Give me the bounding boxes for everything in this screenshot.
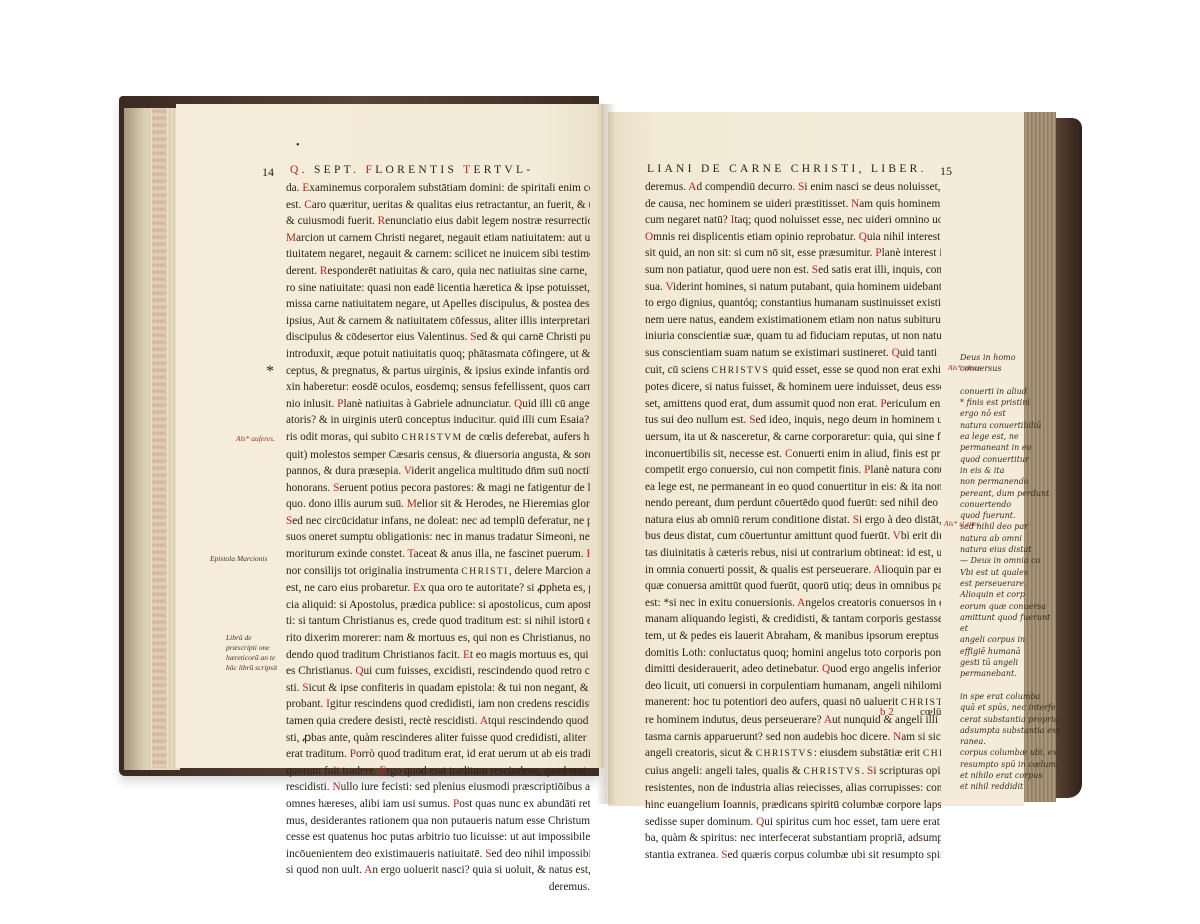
handwritten-line: eorum quæ conuersa xyxy=(960,601,1060,612)
text-line: sti, ꝓbas ante, quàm rescinderes aliter … xyxy=(286,730,590,747)
handwritten-line: permaneant in eo xyxy=(960,442,1060,453)
handwritten-line: et nihil reddidit xyxy=(960,781,1060,792)
text-line: dimitti desiderauerit, adeo detinebatur.… xyxy=(645,661,941,678)
text-line: sus conscientiam suam natum se existimar… xyxy=(645,345,941,362)
handwritten-line: natura eius distat xyxy=(960,544,1060,555)
text-line: quorum fuit tradere. Ergo quod erat trad… xyxy=(286,763,590,780)
text-line: manam aliquando legisti, & credidisti, &… xyxy=(645,611,941,628)
text-line: ris odit moras, qui subito CHRISTVM de c… xyxy=(286,429,590,447)
red-sprinkled-edge xyxy=(152,108,166,768)
text-line: iniuria conscientiæ suæ, quam tu ad fidu… xyxy=(645,328,941,345)
handwritten-line: sed nihil deo par xyxy=(960,521,1060,532)
handwritten-line: Vbi est ut quales xyxy=(960,567,1060,578)
text-line: tamen quia credere desisti, rectè rescid… xyxy=(286,713,590,730)
handwritten-annotations: Deus in homoconuersus conuerti in aliud*… xyxy=(960,352,1060,793)
text-line: inconuertibilis sit, necesse est. Conuer… xyxy=(645,446,941,463)
text-line: resistentes, non de industria alias reie… xyxy=(645,780,941,797)
text-line: re hominem indutus, deus perseuerare? Au… xyxy=(645,712,941,729)
text-line: est. Caro quæritur, ueritas & qualitas e… xyxy=(286,197,590,214)
text-line: sua. Viderint homines, si natum putabant… xyxy=(645,279,941,296)
open-book: • 14 QQ. SEPT. FLORENTIS TERTVL-. SEPT. … xyxy=(0,0,1200,924)
handwritten-line: pereant, dum perdunt xyxy=(960,488,1060,499)
text-line: rescidisti. Nullo iure fecisti: sed plen… xyxy=(286,779,590,796)
signature-mark: b 2 xyxy=(880,706,894,718)
text-line: ba, quàm & spiritus: nec interfecerat su… xyxy=(645,830,941,847)
text-line: da. Examinemus corporalem substātiam dom… xyxy=(286,180,590,197)
text-line: omnes hæreses, alibi iam usi sumus. Post… xyxy=(286,796,590,813)
text-line: ro sine natiuitate: quasi non eadē licen… xyxy=(286,280,590,297)
text-line: sti. Sicut & ipse confiteris in quadam e… xyxy=(286,680,590,697)
folio-left: 14 xyxy=(262,165,274,180)
text-line: atoris? & in uirginis uterū conceptus in… xyxy=(286,412,590,429)
handwritten-line: cerat substantia propria xyxy=(960,714,1060,725)
handwritten-line: conuersus xyxy=(960,363,1060,374)
top-mark: • xyxy=(296,140,300,151)
handwritten-line: Alioquin et corp xyxy=(960,589,1060,600)
text-line: tasma carnis apparuerunt? sed non audebi… xyxy=(645,729,941,746)
text-line: quæ conuersa amittūt quod fuerūt, quorū … xyxy=(645,578,941,595)
text-line: potes dicere, si natus fuisset, & homine… xyxy=(645,379,941,396)
handwritten-line: * finis est pristini xyxy=(960,397,1060,408)
handwritten-line: quod fuerunt. xyxy=(960,510,1060,521)
handwritten-line: adsumpta substantia ext xyxy=(960,725,1060,736)
text-line: honorans. Seruent potius pecora pastores… xyxy=(286,480,590,497)
text-line: introduxit, æque potuit natiuitatis quoq… xyxy=(286,346,590,363)
text-line: domitis Loth: conluctatus quoq; homini a… xyxy=(645,645,941,662)
text-line: ceptus, & pregnatus, & partus uirginis, … xyxy=(286,363,590,380)
margin-note-left-1: Als* auferes. xyxy=(236,434,275,444)
margin-note-left-3: Librū de præscripti one hæreticorū an te… xyxy=(226,633,284,673)
text-line: Omnis rei displicentis etiam opinio repr… xyxy=(645,229,941,246)
handwritten-line: — Deus in omnia co xyxy=(960,555,1060,566)
text-line: rito dixerim morerer: nam & mortuus es, … xyxy=(286,630,590,647)
gutter-shadow xyxy=(596,104,616,804)
text-line: to ergo dignius, quantóq; constantius hu… xyxy=(645,295,941,312)
text-line: de causa, nec hominem se uideri præstiti… xyxy=(645,196,941,213)
text-line: & cuiusmodi fuerit. Renunciatio eius dab… xyxy=(286,213,590,230)
handwritten-line: amittunt quod fuerunt xyxy=(960,612,1060,623)
text-line: derent. Responderēt natiuitas & caro, qu… xyxy=(286,263,590,280)
text-line: quit) molestos semper Cæsaris census, & … xyxy=(286,447,590,464)
text-line: nendo pereant, dum perdunt cōuertēdo quo… xyxy=(645,495,941,512)
text-line: suos oneret sumptu obligationis: nec in … xyxy=(286,529,590,546)
text-line: tem, ut & pedes eis lauerit Abraham, & m… xyxy=(645,628,941,645)
handwritten-line: ranea. xyxy=(960,736,1060,747)
text-line: mus, desiderantes rationem qua non putau… xyxy=(286,813,590,830)
text-line: ti: si tantum Christianus es, crede quod… xyxy=(286,613,590,630)
running-head-left: QQ. SEPT. FLORENTIS TERTVL-. SEPT. FLORE… xyxy=(290,164,533,176)
page-edges-left-shadow xyxy=(124,108,150,770)
text-line: tiuitatem negaret, negauit & carnem: sci… xyxy=(286,246,590,263)
rh-left-initial: Q xyxy=(290,164,302,176)
asterisk-mark: * xyxy=(266,363,274,381)
text-line: es Christianus. Qui cum fuisses, excidis… xyxy=(286,663,590,680)
margin-note-left-2: Epistola Marcionis xyxy=(210,554,282,564)
handwritten-line: conuerti in aliud xyxy=(960,386,1060,397)
handwritten-line: natura conuertibiliū xyxy=(960,420,1060,431)
text-line: si quod non uult. An ergo uoluerit nasci… xyxy=(286,862,590,879)
text-line: deo licuit, uti conuersi in corpulentiam… xyxy=(645,678,941,695)
text-line: natura eius ab omniū rerum conditione di… xyxy=(645,512,941,529)
right-page-text: deremus. Ad compendiū decurro. Si enim n… xyxy=(645,179,941,863)
text-line: est, ne caro eius probaretur. Ex qua oro… xyxy=(286,580,590,597)
handwritten-line xyxy=(960,375,1060,386)
text-line: set, amittens quod erat, dum assumit quo… xyxy=(645,396,941,413)
text-line: cia aliquid: si Apostolus, prædica publi… xyxy=(286,597,590,614)
text-line: probant. Igitur rescindens quod credidis… xyxy=(286,696,590,713)
text-line: dendo quod traditum Christianos facit. E… xyxy=(286,647,590,664)
text-line: missa carne natiuitatem negare, ut Apell… xyxy=(286,296,590,313)
text-line: uersum, ita ut & nasceretur, & carne cor… xyxy=(645,429,941,446)
catchword: cœlū xyxy=(920,706,941,718)
text-line: est: *si nec in exitu conuersionis. Ange… xyxy=(645,595,941,612)
handwritten-line: quod conuertitur xyxy=(960,454,1060,465)
text-line: incōuenientem deo existimaueris natiuita… xyxy=(286,846,590,863)
text-line: in omnia conuerti possit, & qualis est p… xyxy=(645,562,941,579)
handwritten-line: et xyxy=(960,623,1060,634)
text-line: bus deus distat, cum cōuertuntur amittun… xyxy=(645,528,941,545)
handwritten-line: angeli corpus in xyxy=(960,634,1060,645)
handwritten-line: in eis & ita xyxy=(960,465,1060,476)
handwritten-line: in spe erat columba xyxy=(960,691,1060,702)
text-line: Sed nec circūcidatur infans, ne doleat: … xyxy=(286,513,590,530)
handwritten-line: resumpto spū in cœlum, xyxy=(960,759,1060,770)
text-line: Marcion ut carnem Christi negaret, negau… xyxy=(286,230,590,247)
text-line: manerent: hoc tu potentiori deo aufers, … xyxy=(645,694,941,712)
handwritten-line: natura ab omni xyxy=(960,533,1060,544)
text-line: ea lege est, ne permaneant in eo quod co… xyxy=(645,479,941,496)
handwritten-line: gesti tū angeli xyxy=(960,657,1060,668)
text-line: sum non patiatur, quod uere non est. Sed… xyxy=(645,262,941,279)
handwritten-line: non permanendo xyxy=(960,476,1060,487)
handwritten-line: conuertendo xyxy=(960,499,1060,510)
text-line: nor consilijs tot originalia instrumenta… xyxy=(286,563,590,581)
running-head-right: LIANI DE CARNE CHRISTI, LIBER. xyxy=(647,163,927,175)
text-line: tas diuinitatis à cæteris rebus, nisi ut… xyxy=(645,545,941,562)
text-line: deremus. xyxy=(286,879,590,896)
handwritten-line: ergo nō est xyxy=(960,408,1060,419)
handwritten-line: est perseuerare. xyxy=(960,578,1060,589)
text-line: quo. dono illis aurum suū. Melior sit & … xyxy=(286,496,590,513)
text-line: competit ergo conuersio, cui non competi… xyxy=(645,462,941,479)
text-line: sedisse super dominum. Qui spiritus cum … xyxy=(645,814,941,831)
handwritten-line: effigiē humanā xyxy=(960,646,1060,657)
handwritten-line: ea lege est, ne xyxy=(960,431,1060,442)
text-line: discipulus & cōdesertor eius Valentinus.… xyxy=(286,329,590,346)
text-line: erat traditum. Porrò quod traditum erat,… xyxy=(286,746,590,763)
text-line: cuit, cū sciens CHRISTVS quid esset, ess… xyxy=(645,362,941,380)
text-line: deremus. Ad compendiū decurro. Si enim n… xyxy=(645,179,941,196)
text-line: stantia extranea. Sed quæris corpus colu… xyxy=(645,847,941,864)
text-line: sit quid, an non sit: si cum nō sit, ess… xyxy=(645,245,941,262)
text-line: pannos, & dura præsepia. Viderit angelic… xyxy=(286,463,590,480)
text-line: cum negaret natū? Itaq; quod noluisset e… xyxy=(645,212,941,229)
left-page-text: da. Examinemus corporalem substātiam dom… xyxy=(286,180,590,896)
handwritten-line xyxy=(960,680,1060,691)
handwritten-line: corpus columbæ ubi, ex xyxy=(960,747,1060,758)
text-line: xin haberetur: eosdē oculos, eosdemq; se… xyxy=(286,379,590,396)
text-line: cesse est quatenus hoc putas arbitrio tu… xyxy=(286,829,590,846)
handwritten-line: permanebant. xyxy=(960,668,1060,679)
handwritten-line: Deus in homo xyxy=(960,352,1060,363)
text-line: moriturum exinde constet. Taceat & anus … xyxy=(286,546,590,563)
text-line: ipsius, Aut & carnem & natiuitatem cōfes… xyxy=(286,313,590,330)
handwritten-line: et nihilo erat corpus xyxy=(960,770,1060,781)
text-line: hinc euangelium Ioannis, prædicans spiri… xyxy=(645,797,941,814)
text-line: nem uere natus, eandem existimationem et… xyxy=(645,312,941,329)
handwritten-line: quā et spūs, nec interfe xyxy=(960,702,1060,713)
text-line: nio inlusit. Planè natiuitas à Gabriele … xyxy=(286,396,590,413)
folio-right: 15 xyxy=(940,164,952,179)
text-line: tus sui deo nullum est. Sed ideo, inquis… xyxy=(645,412,941,429)
text-line: angeli creatoris, sicut & CHRISTVS: eius… xyxy=(645,745,941,763)
text-line: cuius angeli: angeli tales, qualis & CHR… xyxy=(645,763,941,781)
